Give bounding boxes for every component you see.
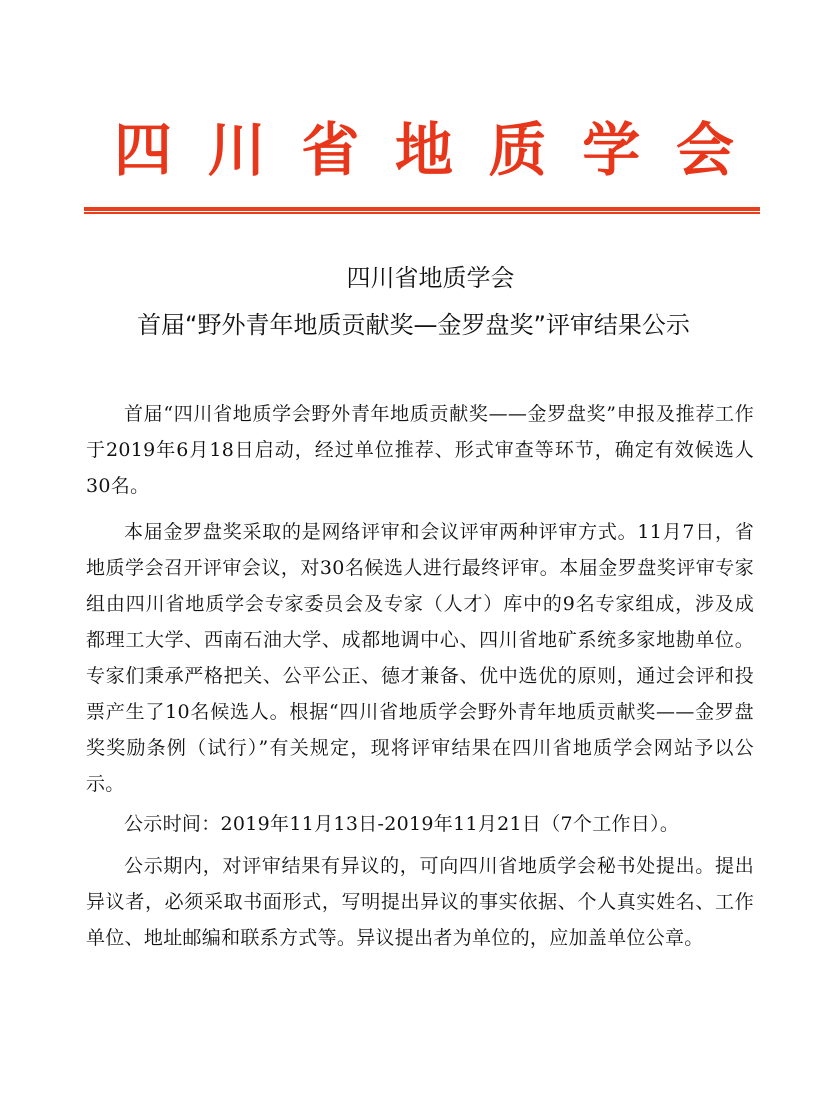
document-title-main: 首届“野外青年地质贡献奖—金罗盘奖”评审结果公示 (0, 305, 827, 340)
letterhead-char: 川 (208, 110, 266, 190)
letterhead: 四 川 省 地 质 学 会 (84, 110, 760, 190)
divider-thin-line (84, 212, 760, 214)
document-page: 四 川 省 地 质 学 会 四川省地质学会 首届“野外青年地质贡献奖—金罗盘奖”… (0, 0, 827, 1106)
document-body: 首届“四川省地质学会野外青年地质贡献奖——金罗盘奖”申报及推荐工作于2019年6… (86, 396, 754, 956)
letterhead-char: 四 (114, 110, 172, 190)
paragraph-intro: 首届“四川省地质学会野外青年地质贡献奖——金罗盘奖”申报及推荐工作于2019年6… (86, 396, 754, 504)
letterhead-divider (84, 207, 760, 214)
letterhead-char: 学 (582, 110, 640, 190)
letterhead-char: 质 (489, 110, 547, 190)
divider-thick-line (84, 207, 760, 211)
paragraph-review-process: 本届金罗盘奖采取的是网络评审和会议评审两种评审方式。11月7日，省地质学会召开评… (86, 514, 754, 802)
letterhead-char: 会 (676, 110, 734, 190)
paragraph-notice-period: 公示时间：2019年11月13日-2019年11月21日（7个工作日）。 (86, 806, 754, 842)
document-title-org: 四川省地质学会 (0, 258, 827, 293)
paragraph-objections: 公示期内，对评审结果有异议的，可向四川省地质学会秘书处提出。提出异议者，必须采取… (86, 848, 754, 956)
letterhead-char: 地 (395, 110, 453, 190)
letterhead-char: 省 (301, 110, 359, 190)
